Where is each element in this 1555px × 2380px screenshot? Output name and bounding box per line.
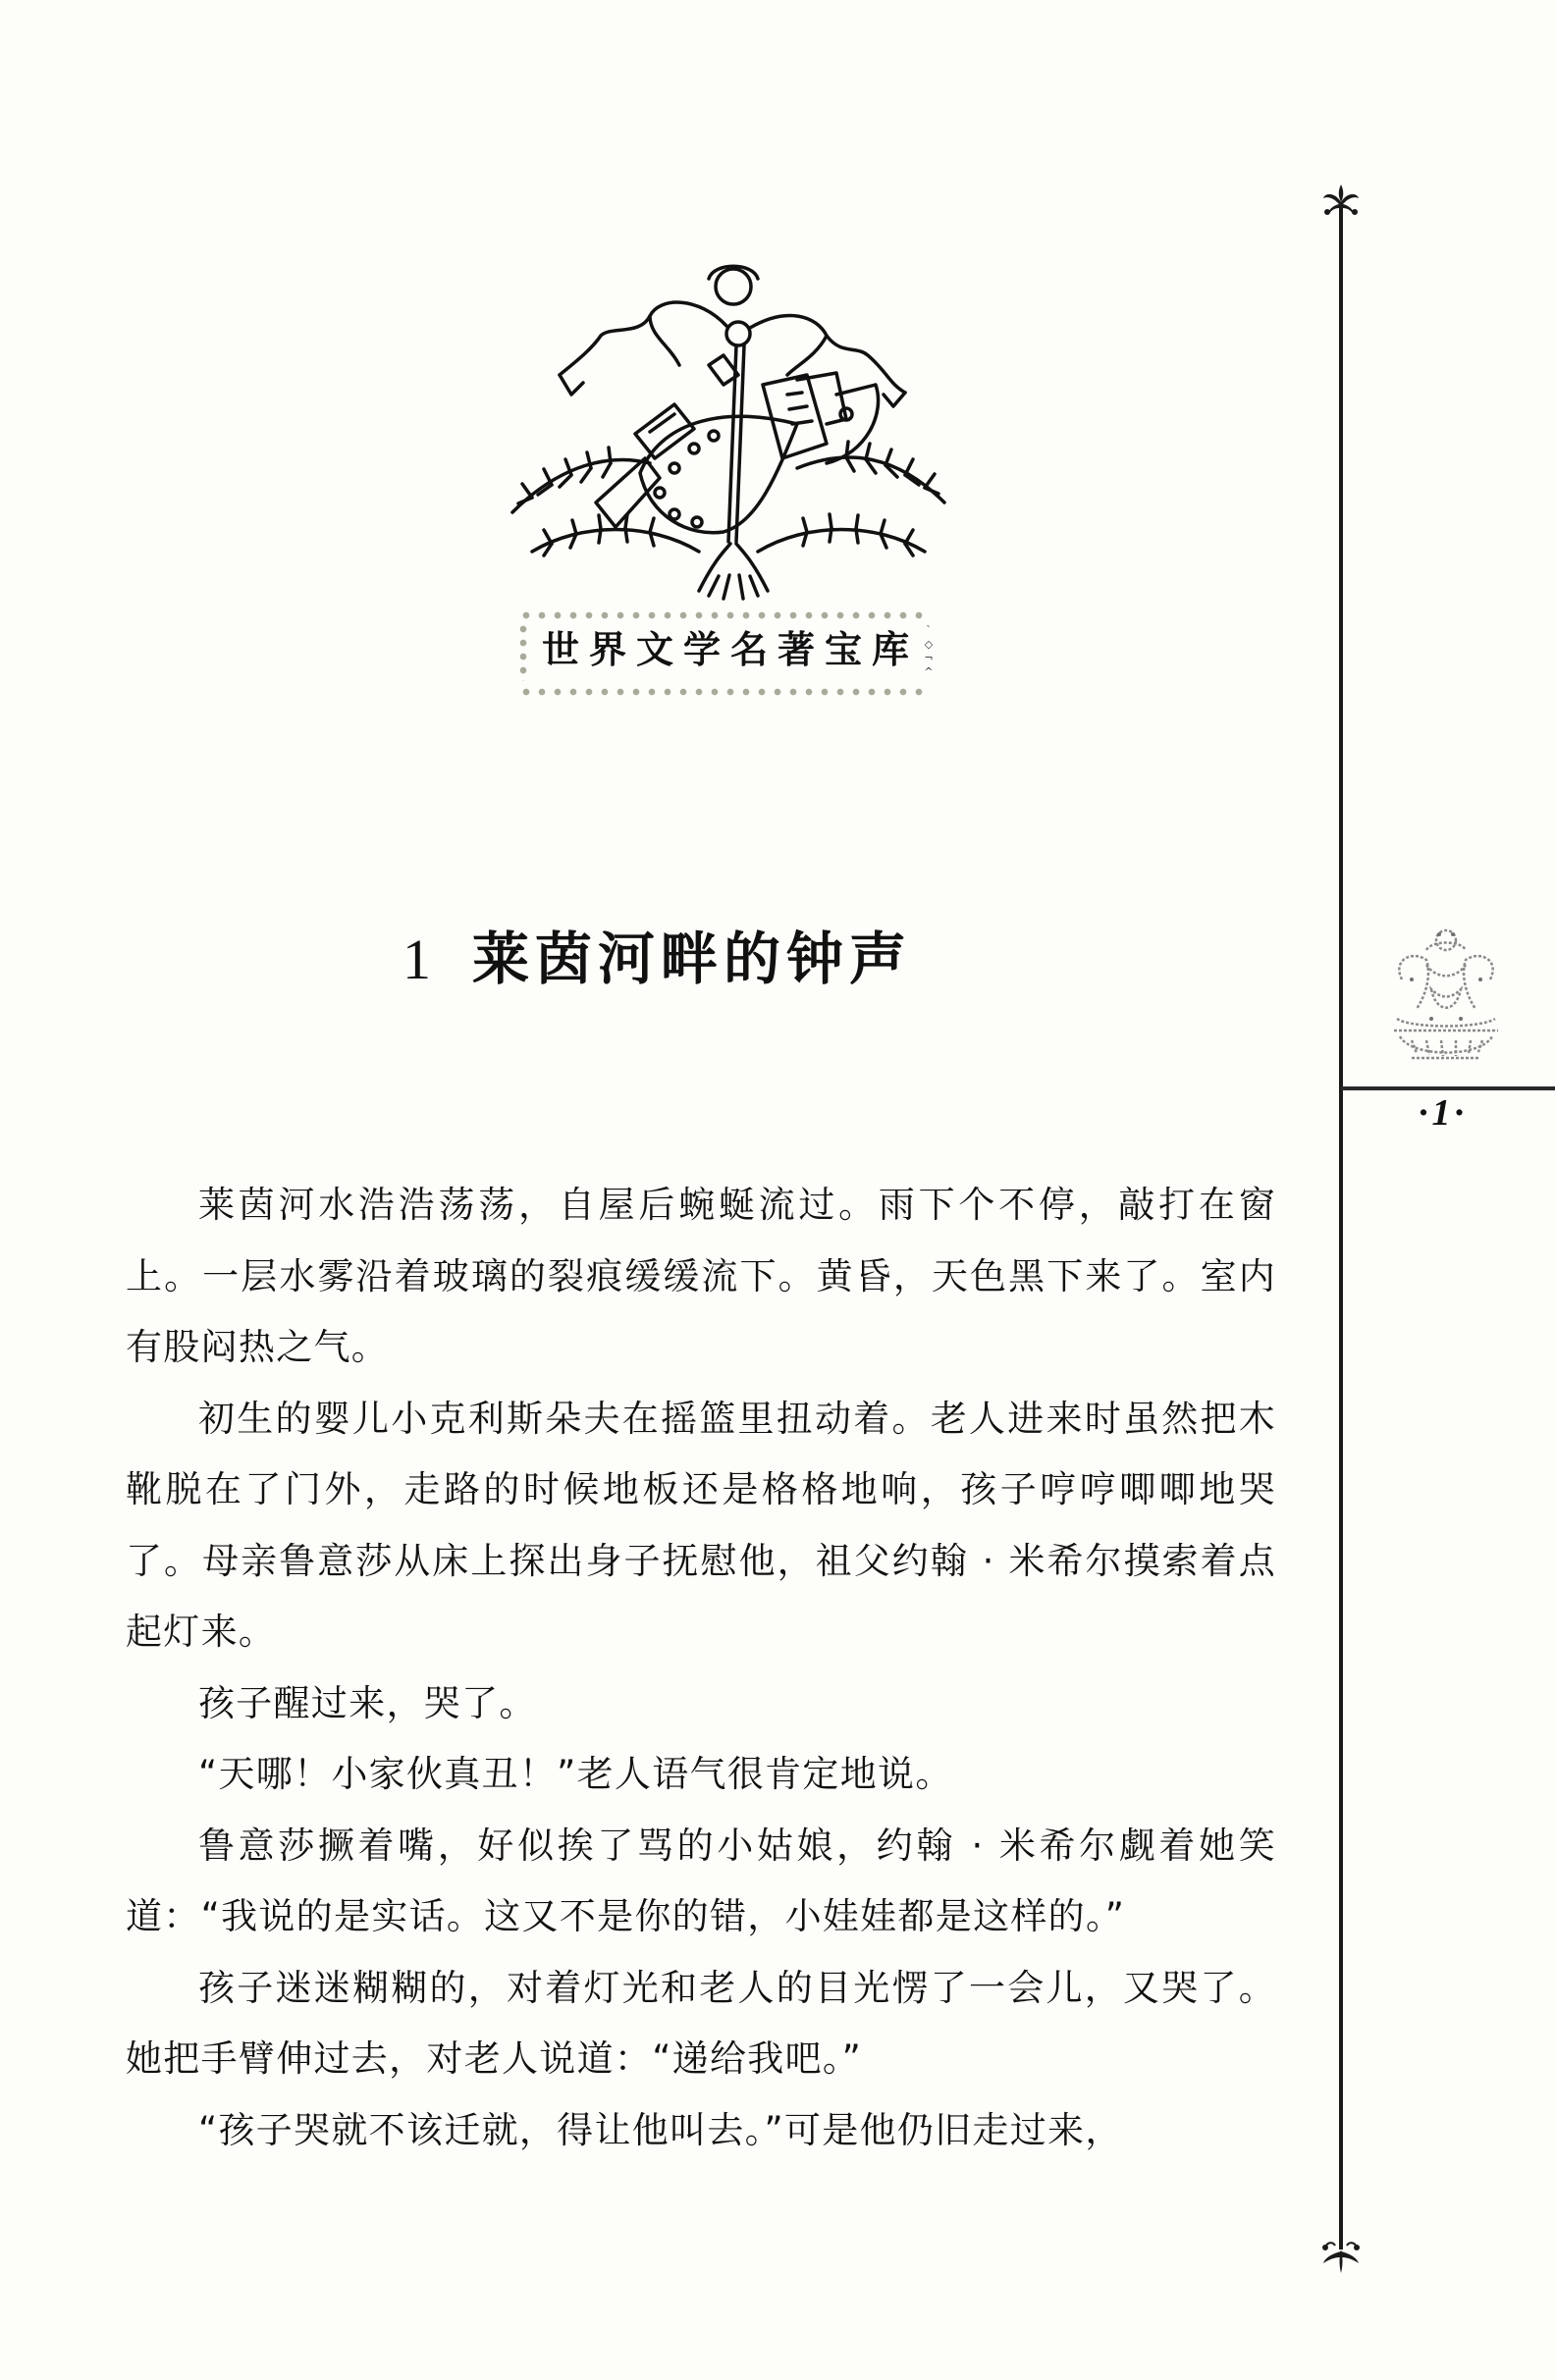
chapter-number: 1 xyxy=(402,927,437,991)
book-page: ·1· xyxy=(0,0,1555,2380)
artist-palette-emblem-icon xyxy=(503,257,954,610)
paragraph: 鲁意莎撅着嘴，好似挨了骂的小姑娘，约翰 · 米希尔觑着她笑道：“我说的是实话。这… xyxy=(126,1811,1276,1953)
paragraph: 初生的婴儿小克利斯朵夫在摇篮里扭动着。老人进来时虽然把木靴脱在了门外，走路的时候… xyxy=(126,1384,1276,1668)
crown-ornament-icon xyxy=(1372,921,1520,1078)
paragraph: 孩子迷迷糊糊的，对着灯光和老人的目光愣了一会儿，又哭了。她把手臂伸过去，对老人说… xyxy=(126,1953,1276,2095)
fleur-de-lis-bottom-icon xyxy=(1312,2236,1370,2275)
series-title-box: 世界文学名著宝库 `◇¬^ xyxy=(512,601,940,691)
series-side-mark: `◇¬^ xyxy=(923,624,935,679)
page-number: ·1· xyxy=(1394,1091,1492,1135)
paragraph: “天哪！小家伙真丑！”老人语气很肯定地说。 xyxy=(126,1739,1276,1811)
margin-horizontal-rule xyxy=(1341,1086,1555,1090)
chapter-body: 莱茵河水浩浩荡荡，自屋后蜿蜒流过。雨下个不停，敲打在窗上。一层水雾沿着玻璃的裂痕… xyxy=(126,1170,1276,2166)
dotted-border-left xyxy=(518,622,528,681)
chapter-heading: 1莱茵河畔的钟声 xyxy=(402,913,912,995)
margin-vertical-rule xyxy=(1339,208,1343,2248)
paragraph: 莱茵河水浩浩荡荡，自屋后蜿蜒流过。雨下个不停，敲打在窗上。一层水雾沿着玻璃的裂痕… xyxy=(126,1170,1276,1384)
paragraph: “孩子哭就不该迁就，得让他叫去。”可是他仍旧走过来， xyxy=(126,2095,1276,2167)
series-title: 世界文学名著宝库 xyxy=(542,622,919,677)
chapter-title: 莱茵河畔的钟声 xyxy=(472,926,912,992)
fleur-de-lis-top-icon xyxy=(1312,183,1370,222)
dotted-border-top xyxy=(518,610,927,620)
dotted-border-bottom xyxy=(518,687,927,697)
paragraph: 孩子醒过来，哭了。 xyxy=(126,1668,1276,1740)
